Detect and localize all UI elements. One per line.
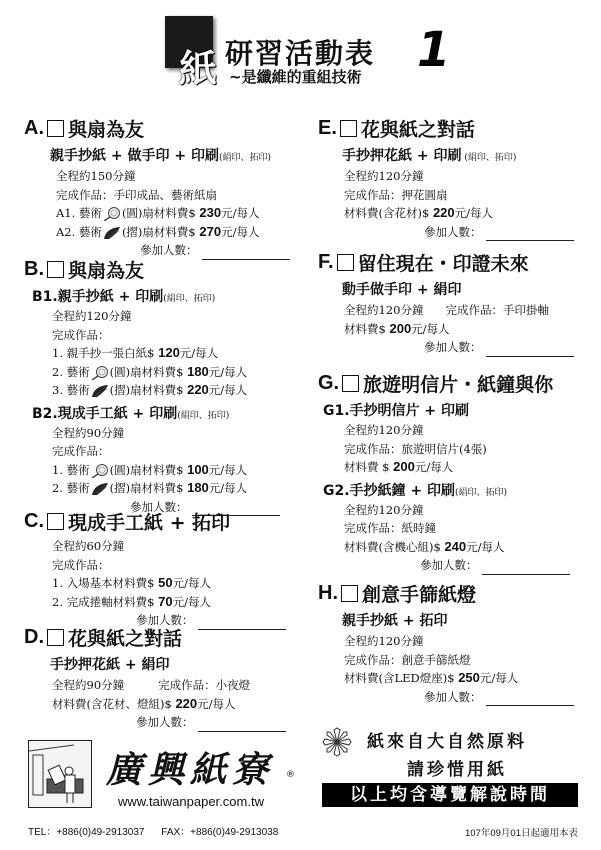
product: 完成作品： [52,442,280,461]
fee-item: 3. 藝術(摺)扇材料費$ 220元/每人 [52,381,280,400]
page-header: 紙 研習活動表 1 ~是纖維的重組技術 [165,14,455,89]
fee-label: 材料費(含花材)$ [344,206,429,220]
signup-label: 參加人數： [424,338,482,357]
fee-label: A2. 藝術 [56,225,102,239]
fee-type: (圓)扇材料費$ [122,206,196,220]
brand-name: 廣興紙寮 [106,742,274,793]
section-c-checkbox[interactable] [47,513,64,530]
section-e-heading: E. 花與紙之對話 [318,115,574,142]
round-fan-icon [103,207,121,221]
duration: 全程約150分鐘 [56,167,290,186]
fee-price: 50 [158,575,172,590]
duration: 全程約60分鐘 [52,537,286,556]
fee-unit: 元/每人 [455,206,493,220]
duration-product: 全程約90分鐘完成作品：小夜燈 [52,676,286,695]
product: 完成作品：旅遊明信片(4張) [344,440,570,459]
round-fan-icon [91,366,109,380]
signup-label: 參加人數： [424,223,482,242]
product: 完成作品：手印成品、藝術紙扇 [56,186,290,205]
fee-unit: 元/每人 [411,322,449,336]
fee-label: 2. 藝術 [52,481,90,495]
fee-price: 200 [393,459,415,474]
fee-label: 材料費$ [344,322,386,336]
fee-item: 材料費(含LED燈座)$ 250元/每人 [344,669,574,688]
sub-text: B2.現成手工紙 + 印刷 [32,406,177,422]
section-letter: F. [318,251,334,274]
fee-price: 240 [444,539,466,554]
fee-label: 材料費(含LED燈座)$ [344,671,455,685]
section-title: 花與紙之對話 [68,624,182,651]
sub-text: G2.手抄紙鐘 + 印刷 [323,483,455,499]
section-g1-subtitle: G1.手抄明信片 + 印刷 [323,400,570,420]
folding-fan-icon [91,384,109,398]
sub-text: 手抄押花紙 + 印刷 [342,148,461,164]
fee-item: 材料費$ 200元/每人 [344,320,574,339]
fee-unit: 元/每人 [415,460,453,474]
participant-count-input[interactable] [482,563,570,575]
fee-type: (圓)扇材料費$ [110,463,184,477]
nature-line-2: 請珍惜用紙 [407,755,507,780]
guide-banner: 以上均含導覽解說時間 [322,783,578,807]
duration: 全程約90分鐘 [52,678,124,692]
product: 完成作品： [52,556,286,575]
fee-type: (摺)扇材料費$ [110,481,184,495]
fee-item: 2. 藝術(摺)扇材料費$ 180元/每人 [52,479,280,498]
fee-type: (摺)扇材料費$ [122,225,196,239]
effective-date: 107年09月01日起適用本表 [465,825,578,839]
fee-price: 200 [389,321,411,336]
contact-info: TEL：+886(0)49-2913037 FAX：+886(0)49-2913… [28,823,292,838]
section-h-checkbox[interactable] [341,585,358,602]
fee-unit: 元/每人 [221,225,259,239]
fee-unit: 元/每人 [480,671,518,685]
section-e-checkbox[interactable] [340,120,357,137]
section-b-heading: B. 與扇為友 [24,256,280,283]
fee-label: 材料費(含機心組)$ [344,540,441,554]
sub-note: (絹印、拓印) [455,488,507,498]
fee-unit: 元/每人 [173,595,211,609]
section-a-heading: A. 與扇為友 [24,115,290,142]
section-b-checkbox[interactable] [47,261,64,278]
fee-label: 1. 親手抄一張白紙$ [52,346,154,360]
fee-type: (摺)扇材料費$ [110,383,184,397]
section-title: 創意手篩紙燈 [362,580,476,607]
fee-unit: 元/每人 [197,697,235,711]
section-a: A. 與扇為友 親手抄紙 + 做手印 + 印刷(絹印、拓印) 全程約150分鐘 … [24,115,290,260]
fee-unit: 元/每人 [466,540,504,554]
sub-text: B1.親手抄紙 + 印刷 [32,289,163,305]
section-d-heading: D. 花與紙之對話 [24,624,286,651]
section-title: 與扇為友 [68,256,144,283]
section-e-subtitle: 手抄押花紙 + 印刷 (絹印、拓印) [342,145,574,165]
signup-field: 參加人數： [344,556,570,575]
fee-price: 70 [158,594,172,609]
registered-mark: ® [286,770,295,780]
fee-price: 270 [199,224,221,239]
fee-item: 材料費(含花材、燈組)$ 220元/每人 [52,695,286,714]
fee-item: 1. 親手抄一張白紙$ 120元/每人 [52,344,280,363]
fee-label: 材料費(含花材、燈組)$ [52,697,172,711]
section-h: H. 創意手篩紙燈 親手抄紙 + 拓印 全程約120分鐘 完成作品：創意手篩紙燈… [318,580,574,706]
fee-label: A1. 藝術 [56,206,102,220]
fee-item: A2. 藝術(摺)扇材料費$ 270元/每人 [56,223,290,242]
website-link[interactable]: www.taiwanpaper.com.tw [118,794,264,809]
sub-note: (絹印、拓印) [163,294,215,304]
fee-label: 1. 入場基本材料費$ [52,576,154,590]
paper-badge: 紙 [165,16,213,68]
section-g-heading: G. 旅遊明信片・紙鐘與你 [318,370,570,397]
section-title: 花與紙之對話 [361,115,475,142]
fee-unit: 元/每人 [209,383,247,397]
fee-unit: 元/每人 [180,346,218,360]
flower-icon [322,727,352,757]
section-title: 旅遊明信片・紙鐘與你 [363,370,553,397]
product: 完成作品：小夜燈 [158,678,250,692]
fee-item: 1. 藝術(圓)扇材料費$ 100元/每人 [52,461,280,480]
section-g-checkbox[interactable] [342,375,359,392]
fee-price: 120 [158,345,180,360]
fee-unit: 元/每人 [221,206,259,220]
fee-item: 材料費(含機心組)$ 240元/每人 [344,538,570,557]
section-f-heading: F. 留住現在・印證未來 [318,249,574,276]
section-h-heading: H. 創意手篩紙燈 [318,580,574,607]
fee-label: 3. 藝術 [52,383,90,397]
folding-fan-icon [91,482,109,496]
duration-product: 全程約120分鐘完成作品：手印掛軸 [344,301,574,320]
fee-item: 材料費(含花材)$ 220元/每人 [344,204,574,223]
fee-item: 2. 藝術(圓)扇材料費$ 180元/每人 [52,363,280,382]
section-title: 與扇為友 [68,115,144,142]
participant-count-input[interactable] [486,694,574,706]
nature-line-1: 紙來自大自然原料 [367,727,527,752]
participant-count-input[interactable] [198,720,286,732]
duration: 全程約120分鐘 [344,501,570,520]
duration: 全程約120分鐘 [344,167,574,186]
fee-item: 1. 入場基本材料費$ 50元/每人 [52,574,286,593]
duration: 全程約120分鐘 [344,303,423,317]
product: 完成作品：押花圓扇 [344,186,574,205]
signup-field: 參加人數： [52,713,286,732]
fee-price: 220 [187,382,209,397]
nature-message: 紙來自大自然原料 請珍惜用紙 以上均含導覽解說時間 [320,725,590,835]
fee-unit: 元/每人 [209,481,247,495]
section-letter: E. [318,117,337,140]
participant-count-input[interactable] [486,229,574,241]
section-letter: H. [318,582,338,605]
section-f-subtitle: 動手做手印 + 絹印 [342,279,574,299]
fee-item: 2. 完成捲軸材料費$ 70元/每人 [52,593,286,612]
fee-item: A1. 藝術(圓)扇材料費$ 230元/每人 [56,204,290,223]
fee-price: 220 [433,205,455,220]
product: 完成作品：創意手篩紙燈 [344,651,574,670]
fee-price: 250 [458,670,480,685]
round-fan-icon [91,464,109,478]
papermaker-cartoon-icon [28,740,92,808]
sub-note: (絹印、拓印) [177,411,229,421]
signup-field: 參加人數： [344,688,574,707]
section-c: C. 現成手工紙 + 拓印 全程約60分鐘 完成作品： 1. 入場基本材料費$ … [24,508,286,630]
section-d: D. 花與紙之對話 手抄押花紙 + 絹印 全程約90分鐘完成作品：小夜燈 材料費… [24,624,286,732]
section-d-subtitle: 手抄押花紙 + 絹印 [50,654,286,674]
duration: 全程約120分鐘 [344,632,574,651]
section-letter: A. [24,117,44,140]
fee-label: 材料費 $ [344,460,389,474]
fee-label: 2. 完成捲軸材料費$ [52,595,154,609]
section-c-heading: C. 現成手工紙 + 拓印 [24,508,286,535]
badge-char: 紙 [179,38,217,93]
section-title: 留住現在・印證未來 [358,249,529,276]
section-b2-subtitle: B2.現成手工紙 + 印刷(絹印、拓印) [32,403,280,423]
phone-number: TEL：+886(0)49-2913037 [28,827,144,838]
fee-unit: 元/每人 [209,463,247,477]
product: 完成作品：紙時鐘 [344,519,570,538]
fee-type: (圓)扇材料費$ [110,365,184,379]
duration: 全程約120分鐘 [52,307,280,326]
section-h-subtitle: 親手抄紙 + 拓印 [342,610,574,630]
fee-item: 材料費 $ 200元/每人 [344,458,570,477]
sub-note: (絹印、拓印) [461,153,516,163]
signup-field: 參加人數： [344,223,574,242]
product: 完成作品：手印掛軸 [445,303,549,317]
section-f: F. 留住現在・印證未來 動手做手印 + 絹印 全程約120分鐘完成作品：手印掛… [318,249,574,357]
fax-number: FAX：+886(0)49-2913038 [161,827,278,838]
fee-label: 1. 藝術 [52,463,90,477]
signup-label: 參加人數： [420,556,478,575]
signup-field: 參加人數： [344,338,574,357]
section-a-subtitle: 親手抄紙 + 做手印 + 印刷(絹印、拓印) [50,145,290,165]
duration: 全程約120分鐘 [344,421,570,440]
sub-text: 親手抄紙 + 做手印 + 印刷 [50,148,219,164]
section-b1-subtitle: B1.親手抄紙 + 印刷(絹印、拓印) [32,286,280,306]
fee-unit: 元/每人 [173,576,211,590]
signup-label: 參加人數： [136,713,194,732]
fee-unit: 元/每人 [209,365,247,379]
section-title: 現成手工紙 + 拓印 [68,508,230,535]
section-d-checkbox[interactable] [47,629,64,646]
brand-logo-area: 廣興紙寮 ® www.taiwanpaper.com.tw [28,740,298,820]
fee-price: 100 [187,462,209,477]
section-letter: B. [24,258,44,281]
signup-label: 參加人數： [424,688,482,707]
duration: 全程約90分鐘 [52,424,280,443]
section-a-checkbox[interactable] [47,120,64,137]
section-g2-subtitle: G2.手抄紙鐘 + 印刷(絹印、拓印) [323,480,570,500]
sub-note: (絹印、拓印) [219,153,271,163]
section-b: B. 與扇為友 B1.親手抄紙 + 印刷(絹印、拓印) 全程約120分鐘 完成作… [24,256,280,516]
page-number: 1 [417,22,450,78]
participant-count-input[interactable] [486,345,574,357]
fee-price: 180 [187,364,209,379]
section-letter: G. [318,372,339,395]
section-e: E. 花與紙之對話 手抄押花紙 + 印刷 (絹印、拓印) 全程約120分鐘 完成… [318,115,574,241]
section-letter: D. [24,626,44,649]
fee-price: 230 [199,205,221,220]
fee-price: 180 [187,480,209,495]
section-letter: C. [24,510,44,533]
folding-fan-icon [103,226,121,240]
fee-label: 2. 藝術 [52,365,90,379]
section-f-checkbox[interactable] [337,254,354,271]
page-subtitle: ~是纖維的重組技術 [229,66,362,87]
section-g: G. 旅遊明信片・紙鐘與你 G1.手抄明信片 + 印刷 全程約120分鐘 完成作… [318,370,570,575]
product: 完成作品： [52,326,280,345]
fee-price: 220 [175,696,197,711]
